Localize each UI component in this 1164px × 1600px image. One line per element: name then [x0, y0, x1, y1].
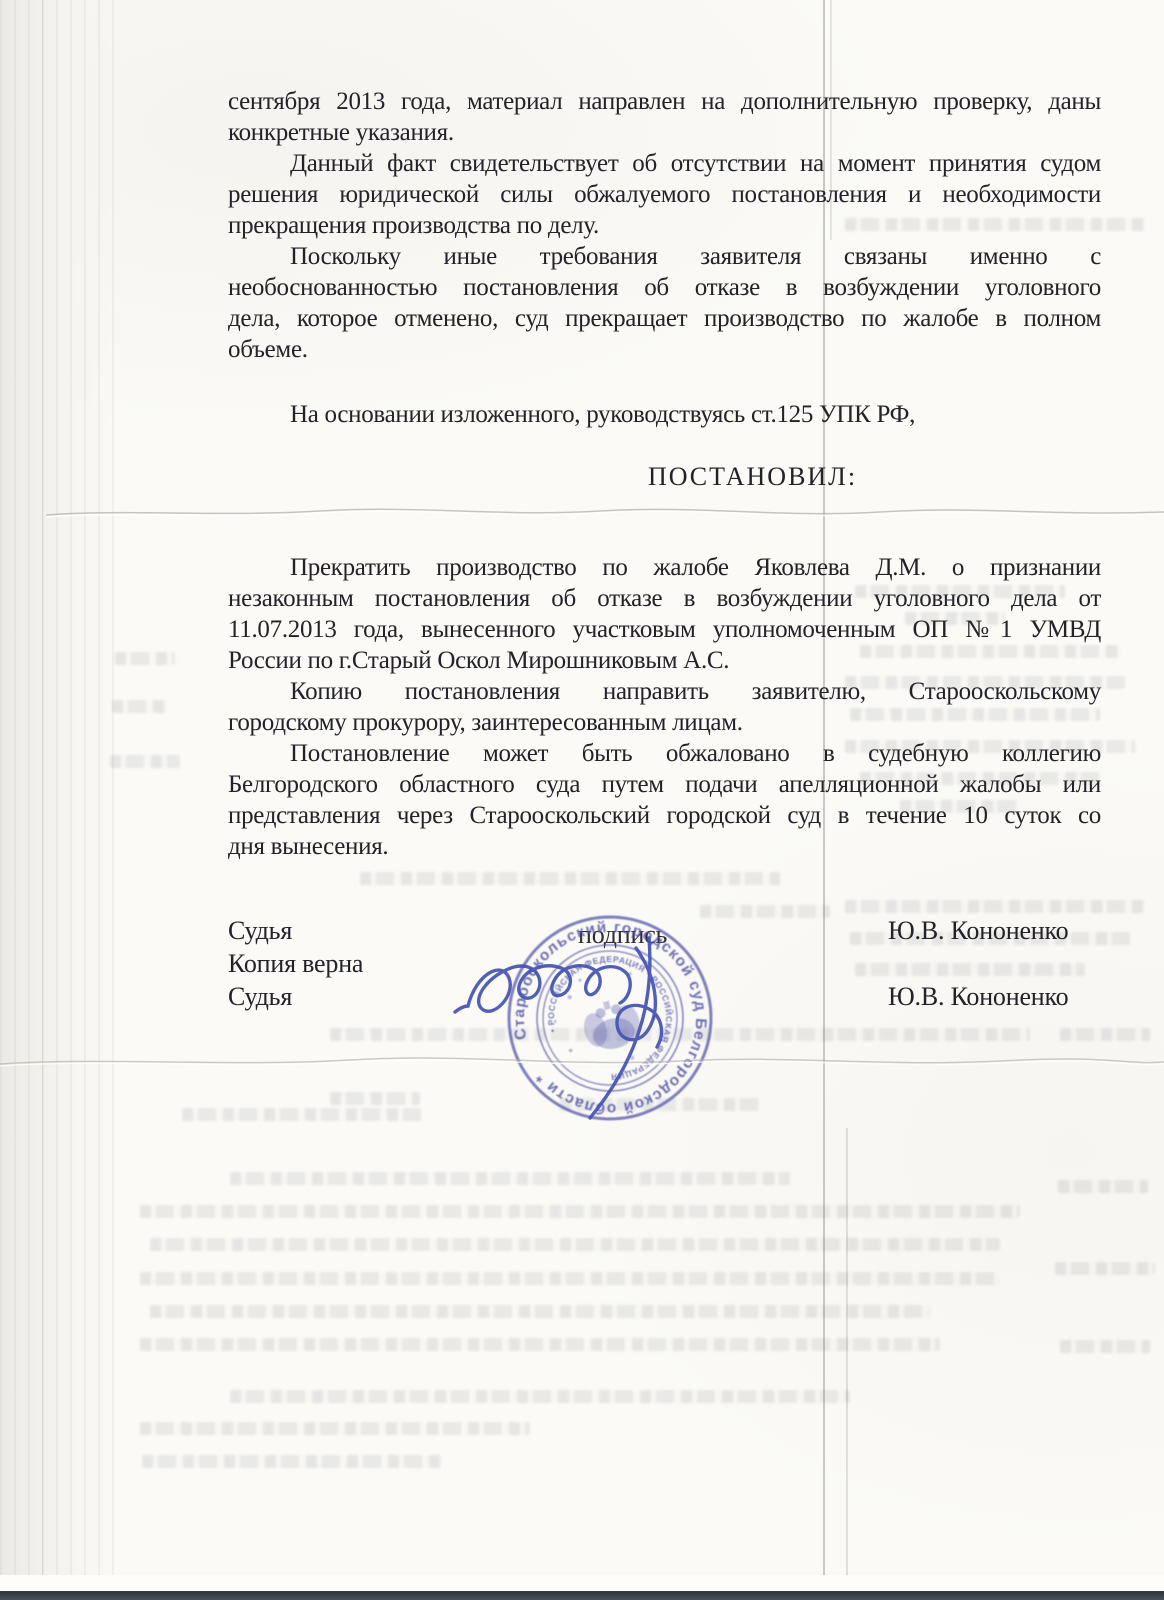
- scan-bottom-edge: [0, 1591, 1164, 1600]
- text-line: Данный факт свидетельствует об отсутстви…: [228, 148, 1101, 179]
- text-line: дня вынесения.: [228, 831, 1101, 862]
- basis-line: На основании изложенного, руководствуясь…: [228, 399, 1101, 430]
- bleedthrough-smudge: [1055, 1262, 1155, 1275]
- signature-role: Копия верна: [228, 949, 363, 979]
- bleedthrough-smudge: [360, 872, 780, 885]
- bleedthrough-smudge: [140, 1272, 1000, 1285]
- bleedthrough-smudge: [230, 1390, 850, 1403]
- text-line: России по г.Старый Оскол Мирошниковым А.…: [228, 645, 1101, 676]
- bleedthrough-smudge: [1060, 1028, 1150, 1041]
- text-line: Копию постановления направить заявителю,…: [228, 676, 1101, 707]
- judge-name: Ю.В. Кононенко: [888, 916, 1068, 946]
- page-left-edge-line: [42, 0, 43, 1600]
- bleedthrough-smudge: [142, 1455, 442, 1468]
- bleedthrough-smudge: [182, 1108, 422, 1121]
- text-line: Постановление может быть обжаловано в су…: [228, 738, 1101, 769]
- bleedthrough-smudge: [1058, 1180, 1148, 1193]
- text-line: конкретные указания.: [228, 117, 1101, 148]
- bleedthrough-smudge: [330, 1092, 420, 1105]
- body-paragraphs: сентября 2013 года, материал направлен н…: [228, 86, 1101, 365]
- text-line: дела, которое отменено, суд прекращает п…: [228, 303, 1101, 334]
- text-line: Белгородского областного суда путем пода…: [228, 769, 1101, 800]
- text-line: необоснованностью постановления об отказ…: [228, 272, 1101, 303]
- text-line: 11.07.2013 года, вынесенного участковым …: [228, 614, 1101, 645]
- bleedthrough-smudge: [230, 1172, 790, 1185]
- text-line: объеме.: [228, 334, 1101, 365]
- judge-name: Ю.В. Кононенко: [888, 982, 1068, 1012]
- signature-role: Судья: [228, 916, 292, 946]
- svg-text:• РОССИЙСКАЯ ФЕДЕРАЦИЯ • РОССИ: • РОССИЙСКАЯ ФЕДЕРАЦИЯ • РОССИЙСКАЯ ФЕДЕ…: [532, 940, 688, 1095]
- text-line: городскому прокурору, заинтересованным л…: [228, 707, 1101, 738]
- stamp-inner-text: • РОССИЙСКАЯ ФЕДЕРАЦИЯ • РОССИЙСКАЯ ФЕДЕ…: [532, 940, 688, 1095]
- bleedthrough-smudge: [150, 1305, 930, 1318]
- bleedthrough-smudge: [140, 1422, 530, 1435]
- text-line: представления через Старооскольский горо…: [228, 800, 1101, 831]
- bleedthrough-smudge: [140, 1338, 940, 1351]
- text-line: Прекратить производство по жалобе Яковле…: [228, 552, 1101, 583]
- text-line: Поскольку иные требования заявителя связ…: [228, 241, 1101, 272]
- bleedthrough-smudge: [845, 900, 1145, 913]
- signature-role: Судья: [228, 982, 292, 1012]
- stamp-outer-text: Старооскольский городской суд Белгородск…: [498, 906, 722, 1132]
- text-line: решения юридической силы обжалуемого пос…: [228, 179, 1101, 210]
- text-line: сентября 2013 года, материал направлен н…: [228, 86, 1101, 117]
- page-left-edge-shading: [0, 0, 118, 1600]
- bleedthrough-smudge: [150, 1238, 1000, 1251]
- scan-bottom-band: [0, 1575, 1164, 1591]
- resolution-paragraphs: Прекратить производство по жалобе Яковле…: [228, 552, 1101, 862]
- bleedthrough-smudge: [110, 755, 180, 768]
- court-stamp: Старооскольский городской суд Белгородск…: [498, 906, 722, 1132]
- svg-text:Старооскольский городской суд: Старооскольский городской суд Белгородск…: [498, 906, 722, 1132]
- bleedthrough-smudge: [115, 652, 175, 665]
- text-line: прекращения производства по делу.: [228, 210, 1101, 241]
- text-line: незаконным постановления об отказе в воз…: [228, 583, 1101, 614]
- vertical-fold-crease: [846, 1128, 848, 1600]
- resolution-heading: ПОСТАНОВИЛ:: [228, 461, 1164, 492]
- bleedthrough-smudge: [140, 1205, 1020, 1218]
- bleedthrough-smudge: [112, 700, 167, 713]
- bleedthrough-smudge: [1060, 1340, 1150, 1353]
- scanned-court-document-page: сентября 2013 года, материал направлен н…: [0, 0, 1164, 1600]
